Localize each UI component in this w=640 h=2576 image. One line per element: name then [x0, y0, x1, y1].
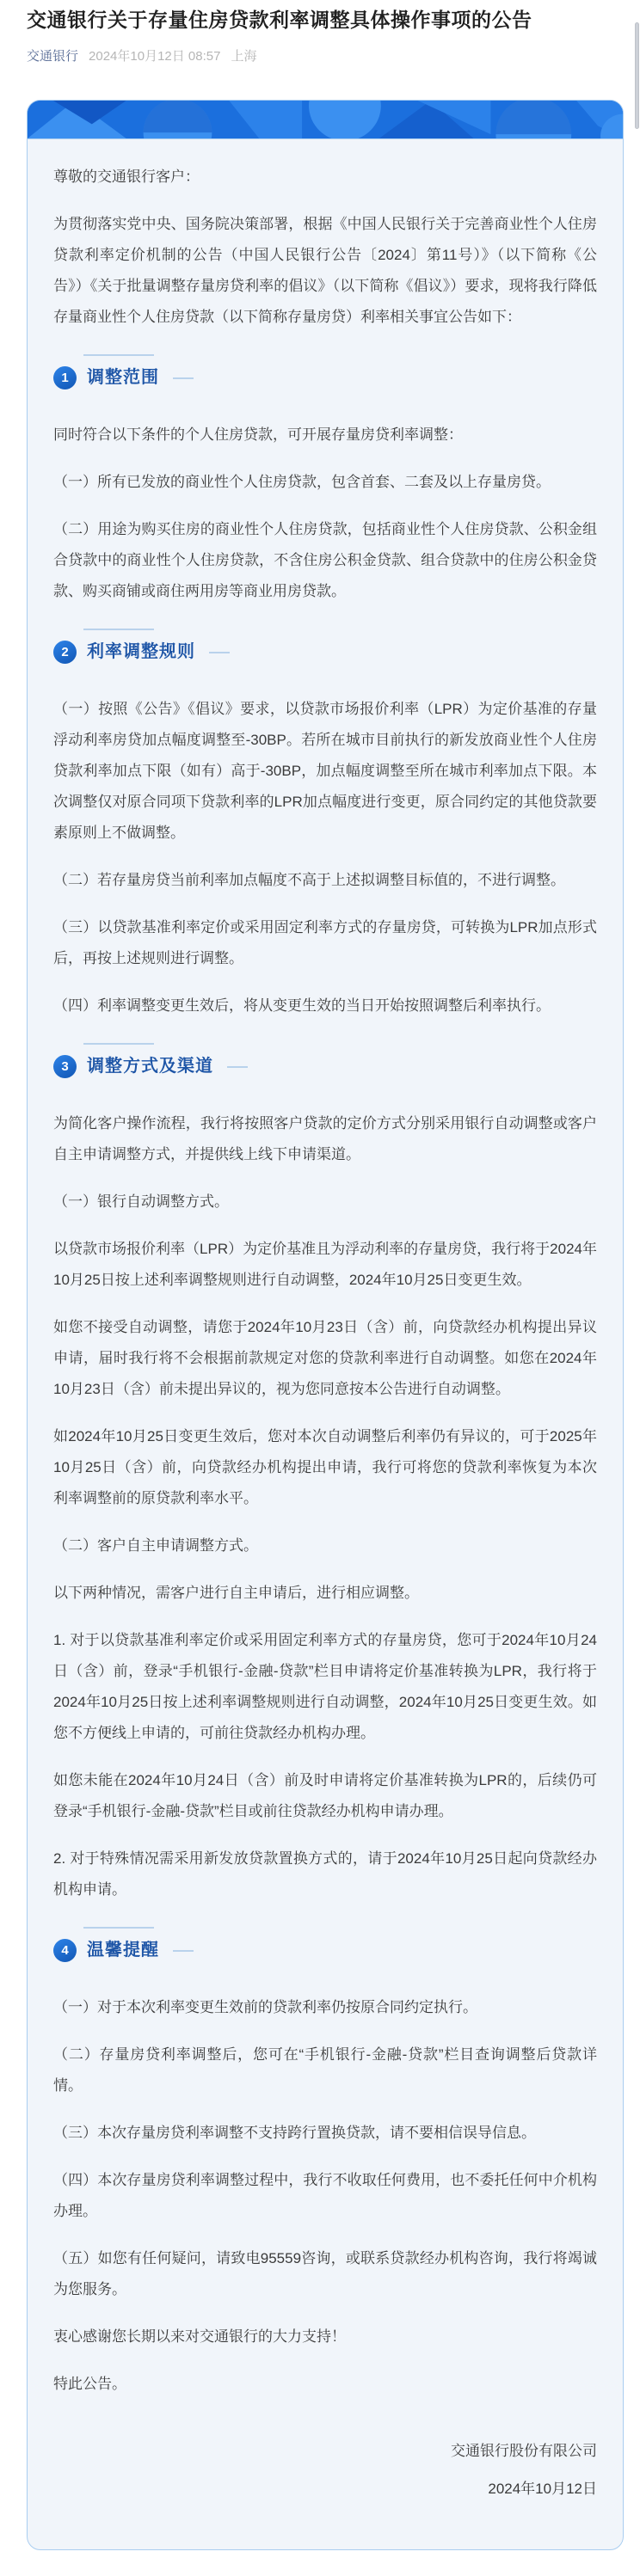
paragraph: （四）利率调整变更生效后，将从变更生效的当日开始按照调整后利率执行。	[53, 991, 597, 1021]
thanks-paragraph: 衷心感谢您长期以来对交通银行的大力支持！	[53, 2321, 597, 2352]
paragraph: 如您不接受自动调整，请您于2024年10月23日（含）前，向贷款经办机构提出异议…	[53, 1312, 597, 1405]
paragraph: 同时符合以下条件的个人住房贷款，可开展存量房贷利率调整：	[53, 420, 597, 451]
section-title: 温馨提醒	[87, 1941, 159, 1960]
announcement-card: 尊敬的交通银行客户： 为贯彻落实党中央、国务院决策部署，根据《中国人民银行关于完…	[27, 100, 624, 2550]
banner-pattern-image	[28, 101, 623, 139]
heading-overline-decoration	[83, 1927, 154, 1929]
heading-overline-decoration	[83, 1043, 154, 1045]
section-number-badge: 2	[53, 641, 77, 664]
paragraph: 2. 对于特殊情况需采用新发放贷款置换方式的，请于2024年10月25日起向贷款…	[53, 1843, 597, 1905]
signature-date: 2024年10月12日	[53, 2474, 597, 2505]
byline: 交通银行 2024年10月12日 08:57 上海	[27, 46, 624, 64]
paragraph: （一）按照《公告》《倡议》要求，以贷款市场报价利率（LPR）为定价基准的存量浮动…	[53, 694, 597, 849]
heading-dash-decoration	[227, 1066, 248, 1068]
section-title: 调整方式及渠道	[87, 1057, 213, 1076]
paragraph: 以下两种情况，需客户进行自主申请后，进行相应调整。	[53, 1578, 597, 1609]
paragraph: 1. 对于以贷款基准利率定价或采用固定利率方式的存量房贷，您可于2024年10月…	[53, 1625, 597, 1749]
paragraph: （二）客户自主申请调整方式。	[53, 1530, 597, 1561]
paragraph: 如2024年10月25日变更生效后，您对本次自动调整后利率仍有异议的，可于202…	[53, 1421, 597, 1514]
paragraph: （五）如您有任何疑问，请致电95559咨询，或联系贷款经办机构咨询，我行将竭诚为…	[53, 2243, 597, 2305]
page-title: 交通银行关于存量住房贷款利率调整具体操作事项的公告	[27, 7, 624, 34]
heading-overline-decoration	[83, 354, 154, 356]
section-title: 利率调整规则	[87, 642, 195, 661]
heading-dash-decoration	[209, 652, 230, 653]
paragraph: 以贷款市场报价利率（LPR）为定价基准且为浮动利率的存量房贷，我行将于2024年…	[53, 1234, 597, 1296]
paragraph: （三）本次存量房贷利率调整不支持跨行置换贷款，请不要相信误导信息。	[53, 2118, 597, 2149]
scrollbar[interactable]	[635, 22, 639, 129]
salutation: 尊敬的交通银行客户：	[53, 162, 597, 193]
paragraph: （一）银行自动调整方式。	[53, 1187, 597, 1217]
paragraph: （四）本次存量房贷利率调整过程中，我行不收取任何费用，也不委托任何中介机构办理。	[53, 2165, 597, 2227]
byline-datetime: 2024年10月12日 08:57	[89, 46, 220, 64]
heading-dash-decoration	[173, 377, 194, 379]
byline-location: 上海	[231, 46, 256, 64]
paragraph: （一）对于本次利率变更生效前的贷款利率仍按原合同约定执行。	[53, 1992, 597, 2023]
closing-paragraph: 特此公告。	[53, 2369, 597, 2400]
signature-block: 交通银行股份有限公司 2024年10月12日	[53, 2436, 597, 2505]
section-number-badge: 3	[53, 1055, 77, 1078]
paragraph: 为简化客户操作流程，我行将按照客户贷款的定价方式分别采用银行自动调整或客户自主申…	[53, 1108, 597, 1170]
section-heading-2: 2 利率调整规则	[53, 636, 597, 668]
section-title: 调整范围	[87, 368, 159, 387]
heading-dash-decoration	[173, 1950, 194, 1952]
paragraph: （二）用途为购买住房的商业性个人住房贷款，包括商业性个人住房贷款、公积金组合贷款…	[53, 514, 597, 607]
section-heading-3: 3 调整方式及渠道	[53, 1051, 597, 1083]
section-number-badge: 4	[53, 1939, 77, 1962]
intro-paragraph: 为贯彻落实党中央、国务院决策部署，根据《中国人民银行关于完善商业性个人住房贷款利…	[53, 209, 597, 333]
heading-overline-decoration	[83, 629, 154, 630]
section-heading-4: 4 温馨提醒	[53, 1935, 597, 1966]
paragraph: （二）若存量房贷当前利率加点幅度不高于上述拟调整目标值的，不进行调整。	[53, 865, 597, 896]
paragraph: （二）存量房贷利率调整后，您可在“手机银行-金融-贷款”栏目查询调整后贷款详情。	[53, 2039, 597, 2101]
section-heading-1: 1 调整范围	[53, 362, 597, 394]
paragraph: 如您未能在2024年10月24日（含）前及时申请将定价基准转换为LPR的，后续仍…	[53, 1765, 597, 1827]
banner-decorative-graphic	[28, 101, 623, 138]
paragraph: （一）所有已发放的商业性个人住房贷款，包含首套、二套及以上存量房贷。	[53, 467, 597, 498]
signature-company: 交通银行股份有限公司	[53, 2436, 597, 2467]
paragraph: （三）以贷款基准利率定价或采用固定利率方式的存量房贷，可转换为LPR加点形式后，…	[53, 912, 597, 974]
article-page: 交通银行关于存量住房贷款利率调整具体操作事项的公告 交通银行 2024年10月1…	[0, 0, 640, 2576]
announcement-body: 尊敬的交通银行客户： 为贯彻落实党中央、国务院决策部署，根据《中国人民银行关于完…	[28, 139, 623, 2549]
section-number-badge: 1	[53, 366, 77, 389]
byline-author-link[interactable]: 交通银行	[27, 46, 78, 64]
